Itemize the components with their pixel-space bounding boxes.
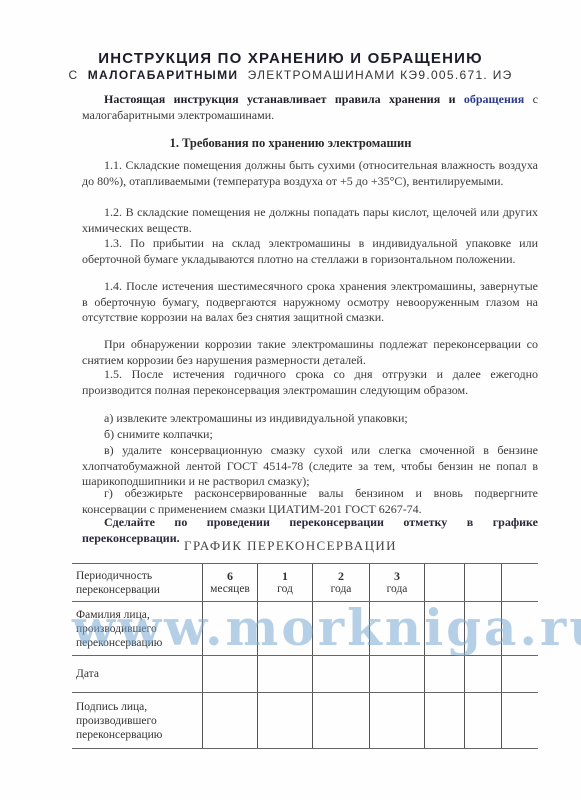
cell: [258, 602, 313, 656]
subtitle-prefix: С: [68, 68, 78, 82]
paragraph-1-2: 1.2. В складские помещения не должны поп…: [82, 205, 538, 236]
row-label: Периодичность переконсервации: [72, 564, 203, 602]
period-cell: 6месяцев: [203, 564, 258, 602]
period-unit: месяцев: [210, 583, 250, 595]
cell: [313, 602, 370, 656]
cell: [465, 656, 502, 693]
period-cell: 1год: [258, 564, 313, 602]
paragraph-1-5: 1.5. После истечения годичного срока со …: [82, 367, 538, 398]
period-cell: 2года: [313, 564, 370, 602]
cell: [258, 693, 313, 749]
period-num: 6: [207, 570, 253, 583]
paragraph-1-3: 1.3. По прибытии на склад электромашины …: [82, 236, 538, 267]
step-d: г) обезжирьте расконсервированные валы б…: [82, 486, 538, 517]
schedule-title: ГРАФИК ПЕРЕКОНСЕРВАЦИИ: [0, 538, 581, 554]
cell: [502, 656, 539, 693]
step-b: б) снимите колпачки;: [82, 427, 538, 443]
period-unit: года: [387, 583, 408, 595]
cell: [465, 602, 502, 656]
cell: [370, 656, 425, 693]
cell: [502, 602, 539, 656]
document-title: ИНСТРУКЦИЯ ПО ХРАНЕНИЮ И ОБРАЩЕНИЮ: [0, 50, 581, 67]
period-cell-empty: [502, 564, 539, 602]
intro-text-b: обращения: [464, 92, 524, 106]
cell: [370, 602, 425, 656]
paragraph-1-4b: При обнаружении коррозии такие электрома…: [82, 337, 538, 368]
table-row-date: Дата: [72, 656, 538, 693]
period-unit: года: [331, 583, 352, 595]
cell: [203, 693, 258, 749]
cell: [370, 693, 425, 749]
section-heading: 1. Требования по хранению электромашин: [0, 136, 581, 151]
cell: [502, 693, 539, 749]
period-cell-empty: [465, 564, 502, 602]
cell: [313, 656, 370, 693]
paragraph-1-4: 1.4. После истечения шестимесячного срок…: [82, 279, 538, 326]
cell: [425, 656, 465, 693]
period-num: 2: [317, 570, 365, 583]
period-num: 3: [374, 570, 420, 583]
cell: [313, 693, 370, 749]
document-page: ИНСТРУКЦИЯ ПО ХРАНЕНИЮ И ОБРАЩЕНИЮ С МАЛ…: [0, 0, 581, 800]
subtitle-rest: ЭЛЕКТРОМАШИНАМИ КЭ9.005.671. ИЭ: [248, 68, 513, 82]
paragraph-1-1: 1.1. Складские помещения должны быть сух…: [82, 158, 538, 189]
table-row-signature: Подпись лица, производившего переконсерв…: [72, 693, 538, 749]
cell: [258, 656, 313, 693]
cell: [425, 693, 465, 749]
row-label: Дата: [72, 656, 203, 693]
intro-text-a: Настоящая инструкция устанавливает прави…: [104, 92, 464, 106]
period-num: 1: [262, 570, 308, 583]
document-subtitle: С МАЛОГАБАРИТНЫМИ ЭЛЕКТРОМАШИНАМИ КЭ9.00…: [0, 68, 581, 82]
row-label: Фамилия лица, производившего переконсерв…: [72, 602, 203, 656]
cell: [203, 656, 258, 693]
subtitle-bold: МАЛОГАБАРИТНЫМИ: [88, 68, 239, 82]
cell: [425, 602, 465, 656]
step-c: в) удалите консервационную смазку сухой …: [82, 443, 538, 490]
table-row-period: Периодичность переконсервации 6месяцев 1…: [72, 564, 538, 602]
intro-paragraph: Настоящая инструкция устанавливает прави…: [82, 92, 538, 123]
period-cell-empty: [425, 564, 465, 602]
cell: [465, 693, 502, 749]
step-a: а) извлеките электромашины из индивидуал…: [82, 411, 538, 427]
schedule-table: Периодичность переконсервации 6месяцев 1…: [72, 563, 538, 749]
table-row-name: Фамилия лица, производившего переконсерв…: [72, 602, 538, 656]
cell: [203, 602, 258, 656]
row-label: Подпись лица, производившего переконсерв…: [72, 693, 203, 749]
period-unit: год: [277, 583, 293, 595]
period-cell: 3года: [370, 564, 425, 602]
